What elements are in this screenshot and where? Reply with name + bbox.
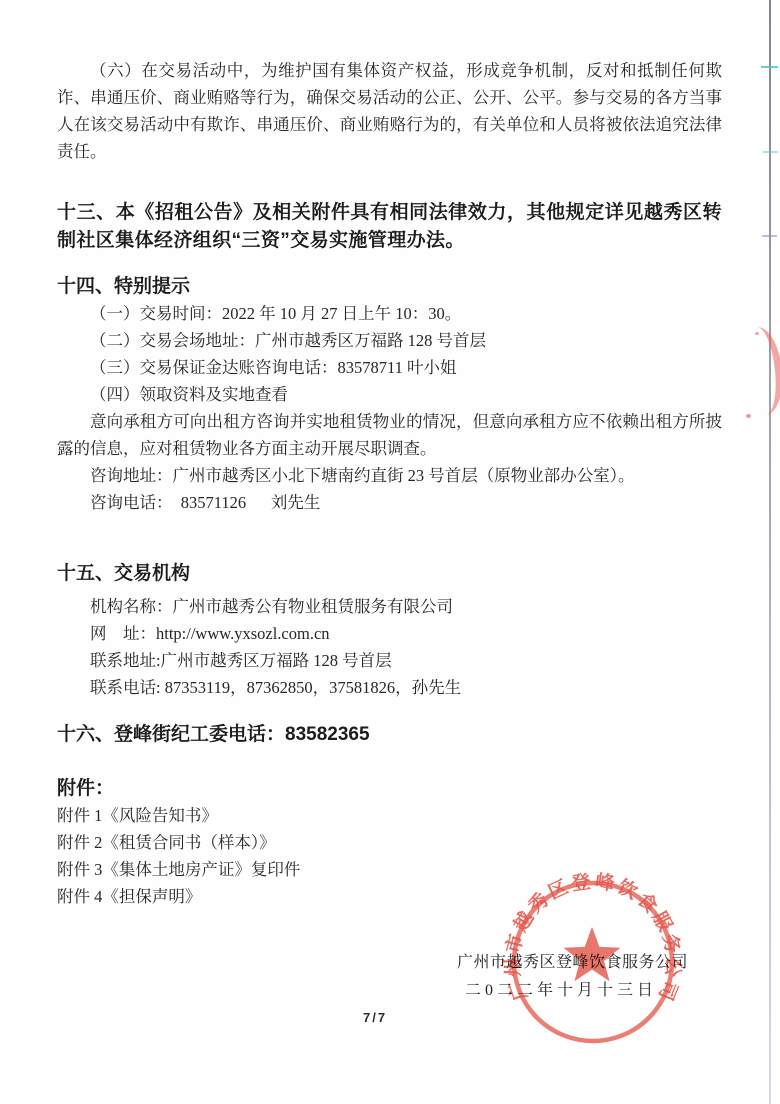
consult-phone: 咨询电话： 83571126 刘先生 bbox=[57, 489, 722, 516]
scan-tick-purple bbox=[762, 235, 777, 237]
s14-item-4: （四）领取资料及实地查看 bbox=[57, 381, 722, 408]
attachment-1: 附件 1《风险告知书》 bbox=[57, 802, 722, 829]
section-15-heading: 十五、交易机构 bbox=[57, 560, 722, 587]
red-ink-dot-2 bbox=[755, 332, 759, 335]
section-15-body: 机构名称：广州市越秀公有物业租赁服务有限公司 网 址：http://www.yx… bbox=[57, 593, 722, 701]
document-page: （六）在交易活动中，为维护国有集体资产权益，形成竞争机制，反对和抵制任何欺诈、串… bbox=[0, 0, 780, 1104]
s14-item-3: （三）交易保证金达账咨询电话：83578711 叶小姐 bbox=[57, 354, 722, 381]
scan-tick-cyan bbox=[761, 66, 778, 68]
page-number: 7/7 bbox=[363, 1010, 387, 1025]
agency-address: 联系地址:广州市越秀区万福路 128 号首层 bbox=[57, 647, 722, 674]
red-ink-smudge bbox=[737, 325, 780, 417]
agency-website: 网 址：http://www.yxsozl.com.cn bbox=[57, 620, 722, 647]
scan-tick-cyan-2 bbox=[763, 151, 778, 153]
document-content: （六）在交易活动中，为维护国有集体资产权益，形成竞争机制，反对和抵制任何欺诈、串… bbox=[57, 57, 722, 910]
attachment-2: 附件 2《租赁合同书（样本）》 bbox=[57, 829, 722, 856]
red-ink-dot bbox=[746, 414, 751, 418]
scan-edge-line bbox=[769, 0, 771, 1104]
s14-note: 意向承租方可向出租方咨询并实地租赁物业的情况，但意向承租方应不依赖出租方所披露的… bbox=[57, 408, 722, 462]
consult-address: 咨询地址：广州市越秀区小北下塘南约直街 23 号首层（原物业部办公室）。 bbox=[57, 462, 722, 489]
paragraph-item-6: （六）在交易活动中，为维护国有集体资产权益，形成竞争机制，反对和抵制任何欺诈、串… bbox=[57, 57, 722, 165]
section-13-heading: 十三、本《招租公告》及相关附件具有相同法律效力，其他规定详见越秀区转制社区集体经… bbox=[57, 199, 722, 254]
section-16-heading: 十六、登峰街纪工委电话：83582365 bbox=[57, 721, 722, 748]
official-red-seal: 广州市越秀区登峰饮食服务公司 bbox=[498, 867, 688, 1057]
s14-item-1: （一）交易时间：2022 年 10 月 27 日上午 10：30。 bbox=[57, 300, 722, 327]
attachments-heading: 附件： bbox=[57, 775, 722, 802]
agency-phone: 联系电话: 87353119，87362850，37581826，孙先生 bbox=[57, 674, 722, 701]
agency-name: 机构名称：广州市越秀公有物业租赁服务有限公司 bbox=[57, 593, 722, 620]
s14-item-2: （二）交易会场地址：广州市越秀区万福路 128 号首层 bbox=[57, 327, 722, 354]
seal-star-icon bbox=[564, 927, 621, 981]
section-14-heading: 十四、特别提示 bbox=[57, 273, 722, 300]
